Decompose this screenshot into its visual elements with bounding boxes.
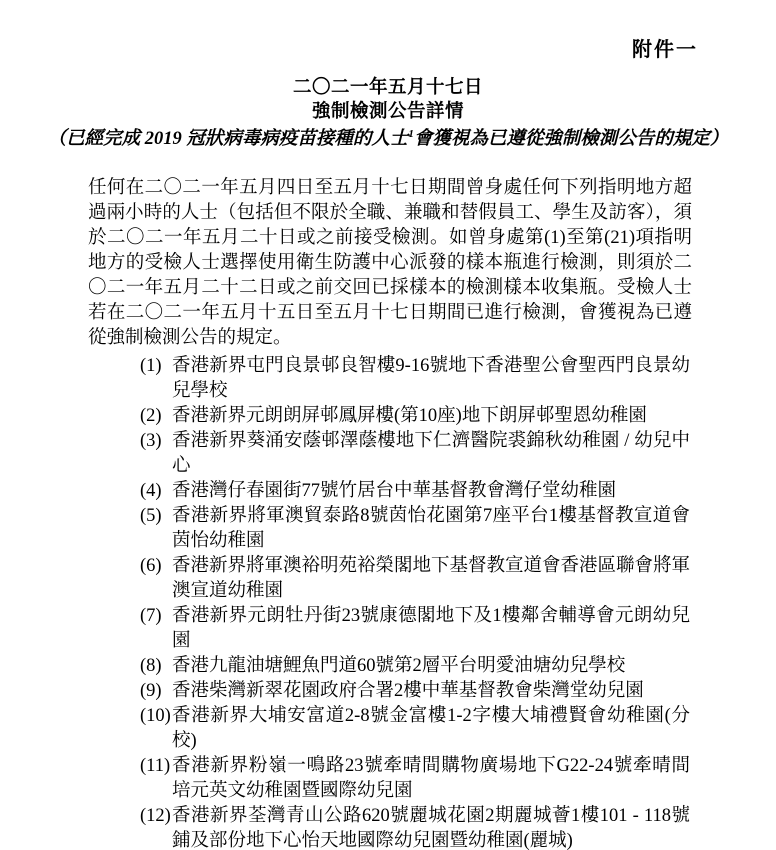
- document-header: 二〇二一年五月十七日 強制檢測公告詳情 （已經完成 2019 冠狀病毒病疫苗接種…: [0, 77, 776, 151]
- venue-number: (11): [140, 754, 170, 779]
- subtitle-suffix: 會獲視為已遵從強制檢測公告的規定）: [414, 129, 729, 149]
- venue-text: 香港新界屯門良景邨良智樓9-16號地下香港聖公會聖西門良景幼兒學校: [172, 356, 690, 401]
- venue-text: 香港新界葵涌安蔭邨澤蔭樓地下仁濟醫院裘錦秋幼稚園 / 幼兒中心: [172, 431, 690, 476]
- venue-number: (10): [140, 704, 171, 729]
- venue-item-2: (2) 香港新界元朗朗屏邨鳳屏樓(第10座)地下朗屏邨聖恩幼稚園: [140, 404, 690, 429]
- venue-text: 香港灣仔春園街77號竹居台中華基督教會灣仔堂幼稚園: [172, 481, 616, 501]
- venue-list: (1) 香港新界屯門良景邨良智樓9-16號地下香港聖公會聖西門良景幼兒學校 (2…: [140, 354, 690, 850]
- subtitle-vaccination-note: （已經完成 2019 冠狀病毒病疫苗接種的人士1會獲視為已遵從強制檢測公告的規定…: [0, 127, 776, 151]
- venue-text: 香港新界荃灣青山公路620號麗城花園2期麗城薈1樓101 - 118號鋪及部份地…: [172, 806, 690, 850]
- venue-text: 香港新界元朗牡丹街23號康德閣地下及1樓鄰舍輔導會元朗幼兒園: [172, 606, 690, 651]
- venue-number: (12): [140, 804, 171, 829]
- venue-item-3: (3) 香港新界葵涌安蔭邨澤蔭樓地下仁濟醫院裘錦秋幼稚園 / 幼兒中心: [140, 429, 690, 479]
- attachment-label: 附件一: [632, 33, 698, 62]
- venue-item-8: (8) 香港九龍油塘鯉魚門道60號第2層平台明愛油塘幼兒學校: [140, 654, 690, 679]
- venue-number: (7): [140, 604, 162, 629]
- venue-text: 香港新界將軍澳裕明苑裕榮閣地下基督教宣道會香港區聯會將軍澳宣道幼稚園: [172, 556, 690, 601]
- venue-item-7: (7) 香港新界元朗牡丹街23號康德閣地下及1樓鄰舍輔導會元朗幼兒園: [140, 604, 690, 654]
- title-main: 強制檢測公告詳情: [0, 101, 776, 125]
- venue-item-12: (12) 香港新界荃灣青山公路620號麗城花園2期麗城薈1樓101 - 118號…: [140, 804, 690, 850]
- subtitle-prefix: （已經完成 2019 冠狀病毒病疫苗接種的人士: [48, 129, 409, 149]
- document-page: 附件一 二〇二一年五月十七日 強制檢測公告詳情 （已經完成 2019 冠狀病毒病…: [0, 0, 776, 850]
- venue-text: 香港新界大埔安富道2-8號金富樓1-2字樓大埔禮賢會幼稚園(分校): [172, 706, 690, 751]
- venue-number: (1): [140, 354, 162, 379]
- venue-text: 香港九龍油塘鯉魚門道60號第2層平台明愛油塘幼兒學校: [172, 656, 625, 676]
- venue-number: (4): [140, 479, 162, 504]
- intro-paragraph: 任何在二〇二一年五月四日至五月十七日期間曾身處任何下列指明地方超過兩小時的人士（…: [88, 176, 692, 351]
- venue-item-10: (10) 香港新界大埔安富道2-8號金富樓1-2字樓大埔禮賢會幼稚園(分校): [140, 704, 690, 754]
- venue-number: (5): [140, 504, 162, 529]
- venue-number: (6): [140, 554, 162, 579]
- venue-item-11: (11) 香港新界粉嶺一鳴路23號牽晴間購物廣場地下G22-24號牽晴間培元英文…: [140, 754, 690, 804]
- venue-item-4: (4) 香港灣仔春園街77號竹居台中華基督教會灣仔堂幼稚園: [140, 479, 690, 504]
- venue-text: 香港新界元朗朗屏邨鳳屏樓(第10座)地下朗屏邨聖恩幼稚園: [172, 406, 647, 426]
- title-date: 二〇二一年五月十七日: [0, 77, 776, 101]
- venue-item-1: (1) 香港新界屯門良景邨良智樓9-16號地下香港聖公會聖西門良景幼兒學校: [140, 354, 690, 404]
- venue-item-5: (5) 香港新界將軍澳貿泰路8號茵怡花園第7座平台1樓基督教宣道會茵怡幼稚園: [140, 504, 690, 554]
- venue-number: (2): [140, 404, 162, 429]
- venue-text: 香港新界粉嶺一鳴路23號牽晴間購物廣場地下G22-24號牽晴間培元英文幼稚園暨國…: [172, 756, 690, 801]
- venue-text: 香港新界將軍澳貿泰路8號茵怡花園第7座平台1樓基督教宣道會茵怡幼稚園: [172, 506, 690, 551]
- venue-number: (3): [140, 429, 162, 454]
- venue-item-6: (6) 香港新界將軍澳裕明苑裕榮閣地下基督教宣道會香港區聯會將軍澳宣道幼稚園: [140, 554, 690, 604]
- venue-text: 香港柴灣新翠花園政府合署2樓中華基督教會柴灣堂幼兒園: [172, 681, 644, 701]
- venue-item-9: (9) 香港柴灣新翠花園政府合署2樓中華基督教會柴灣堂幼兒園: [140, 679, 690, 704]
- venue-number: (9): [140, 679, 162, 704]
- venue-number: (8): [140, 654, 162, 679]
